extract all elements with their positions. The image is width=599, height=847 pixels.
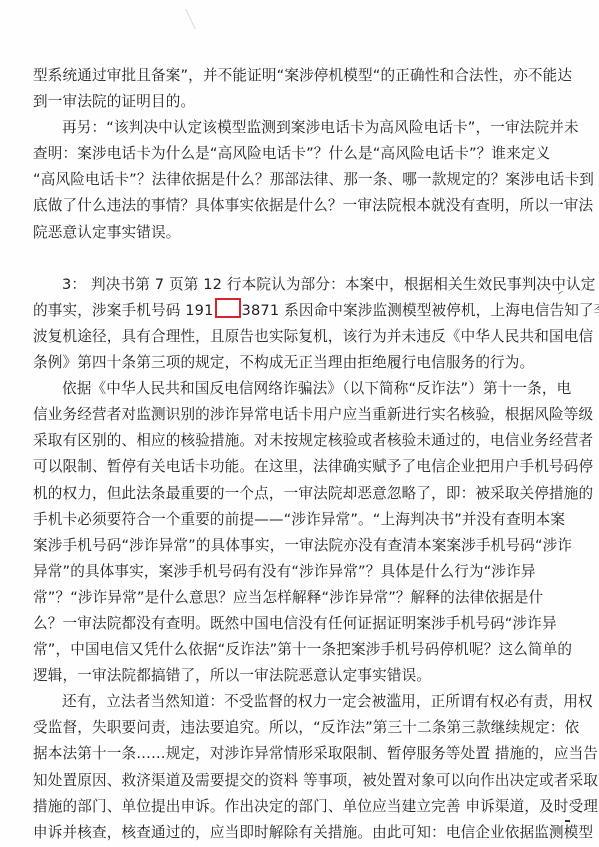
text-line: 受监督，失职要问责，违法要追究。所以，“反诈法”第三十二条第三款继续规定：依: [33, 715, 565, 741]
text-line-with-redaction: 的事实，涉案手机号码 1913871 系因命中案涉监测模型被停机，上海电信告知了…: [33, 298, 565, 324]
blank-line: [33, 246, 565, 272]
text-line: 可以限制、暂停有关电话卡功能。在这里，法律确实赋予了电信企业把用户手机号码停: [33, 454, 565, 480]
text-line: 案涉手机号码“涉诈异常”的具体事实，一审法院亦没有查清本案案涉手机号码“涉诈: [33, 533, 565, 559]
document-body: 型系统通过审批且备案”，并不能证明“案涉停机模型“的正确性和合法性，亦不能达 到…: [33, 63, 565, 846]
text-segment: 的事实，涉案手机号码 191: [33, 302, 214, 319]
text-line: 院恶意认定事实错误。: [33, 220, 565, 246]
text-line: 采取有区别的、相应的核验措施。对未按规定核验或者核验未通过的，电信业务经营者: [33, 428, 565, 454]
scanned-document-page: 型系统通过审批且备案”，并不能证明“案涉停机模型“的正确性和合法性，亦不能达 到…: [0, 0, 599, 847]
paragraph-start-line: 依据《中华人民共和国反电信网络诈骗法》（以下简称“反诈法”）第十一条，电: [33, 376, 565, 402]
text-line: 么？一审法院都没有查明。既然中国电信没有任何证据证明案涉手机号码“涉诈异: [33, 611, 565, 637]
paragraph-start-line: 还有，立法者当然知道：不受监督的权力一定会被滥用，正所谓有权必有责，用权: [33, 689, 565, 715]
text-line: 底做了什么违法的事情？具体事实依据是什么？一审法院根本就没有查明，所以一审法: [33, 193, 565, 219]
text-line: 条例》第四十条第三项的规定，不构成无正当理由拒绝履行电信服务的行为。: [33, 350, 565, 376]
redaction-box: [215, 298, 241, 318]
text-line: 波复机途径，具有合理性，且原告也实际复机，该行为并未违反《中华人民共和国电信: [33, 324, 565, 350]
page-number: 3 / 7: [0, 751, 599, 759]
text-line: 申诉并核查，核查通过的，应当即时解除有关措施。由此可知：电信企业依据监测模型: [33, 820, 565, 846]
text-line: 到一审法院的证明目的。: [33, 89, 565, 115]
paragraph-start-line: 3： 判决书第 7 页第 12 行本院认为部分：本案中，根据相关生效民事判决中认…: [33, 272, 565, 298]
text-line: 手机卡必须要符合一个重要的前提——“涉诈异常”。“上海判决书”并没有查明本案: [33, 507, 565, 533]
text-line: 信业务经营者对监测识别的涉诈异常电话卡用户应当重新进行实名核验，根据风险等级: [33, 402, 565, 428]
text-line: 型系统通过审批且备案”，并不能证明“案涉停机模型“的正确性和合法性，亦不能达: [33, 63, 565, 89]
text-segment: 3871 系因命中案涉监测模型被停机，上海电信告知了李: [242, 302, 599, 319]
text-line: 措施的部门、单位提出申诉。作出决定的部门、单位应当建立完善 申诉渠道，及时受理: [33, 794, 565, 820]
text-line: 逻辑，一审法院都搞错了，所以一审法院恶意认定事实错误。: [33, 663, 565, 689]
scan-artifact: [565, 820, 570, 822]
text-line: 异常”的具体事实，案涉手机号码有没有“涉诈异常”？具体是什么行为“涉诈异: [33, 559, 565, 585]
scan-artifact: [185, 9, 195, 29]
text-line: 常”，中国电信又凭什么依据“反诈法”第十一条把案涉手机号码停机呢？这么简单的: [33, 637, 565, 663]
text-line: 知处置原因、救济渠道及需要提交的资料 等事项，被处置对象可以向作出决定或者采取: [33, 768, 565, 794]
text-line: 常”？“涉诈异常”是什么意思？应当怎样解释“涉诈异常”？解释的法律依据是什: [33, 585, 565, 611]
text-line: “高风险电话卡”？法律依据是什么？那部法律、那一条、哪一款规定的？案涉电话卡到: [33, 167, 565, 193]
text-line: 查明：案涉电话卡为什么是“高风险电话卡”？什么是“高风险电话卡”？谁来定义: [33, 141, 565, 167]
paragraph-start-line: 再另：“该判决中认定该模型监测到案涉电话卡为高风险电话卡”，一审法院并未: [33, 115, 565, 141]
text-line: 机的权力，但此法条最重要的一个点，一审法院却恶意忽略了，即：被采取关停措施的: [33, 481, 565, 507]
